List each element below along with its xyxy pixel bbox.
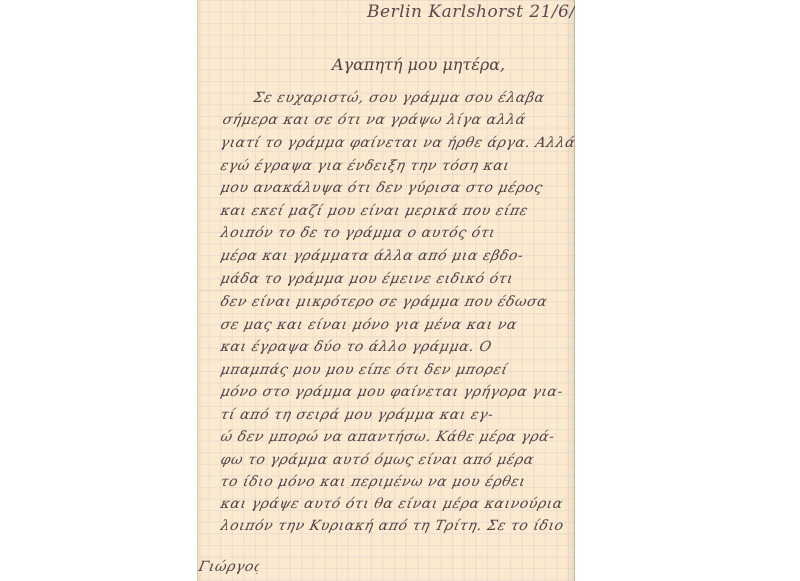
letter-line: λοιπόν την Κυριακή από τη Τρίτη. Σε το ί… bbox=[219, 518, 575, 534]
letter-signature: Γιώργος. bbox=[197, 559, 260, 575]
letter-line: τί από τη σειρά μου γράμμα και εγ- bbox=[219, 407, 575, 423]
letter-place-date: Berlin Karlshorst 21/6/925 bbox=[367, 2, 575, 22]
letter-line: ώ δεν μπορώ να απαντήσω. Κάθε μέρα γρά- bbox=[219, 429, 575, 445]
letter-line: φω το γράμμα αυτό όμως είναι από μέρα bbox=[219, 452, 575, 468]
letter-line: δεν είναι μικρότερο σε γράμμα που έδωσα bbox=[219, 294, 575, 310]
letter-line: εγώ έγραψα για ένδειξη την τόση και bbox=[219, 158, 575, 174]
letter-line: σε μας και είναι μόνο για μένα και να bbox=[219, 317, 575, 333]
letter-line: γιατί το γράμμα φαίνεται να ήρθε άργα. Α… bbox=[219, 135, 575, 151]
letter-line: μπαμπάς μου μου είπε ότι δεν μπορεί bbox=[219, 362, 575, 378]
letter-line: μάδα το γράμμα μου έμεινε ειδικό ότι bbox=[219, 271, 575, 287]
letter-line: λοιπόν το δε το γράμμα ο αυτός ότι bbox=[219, 225, 575, 241]
letter-page: Berlin Karlshorst 21/6/925 Αγαπητή μου μ… bbox=[197, 0, 575, 581]
letter-salutation: Αγαπητή μου μητέρα, bbox=[332, 55, 505, 74]
letter-line: και γράψε αυτό ότι θα είναι μέρα καινούρ… bbox=[219, 496, 575, 512]
letter-line: μου ανακάλυψα ότι δεν γύρισα στο μέρος bbox=[219, 180, 575, 196]
letter-line: το ίδιο μόνο και περιμένω να μου έρθει bbox=[219, 474, 575, 490]
paper-fold-crease bbox=[197, 290, 575, 292]
letter-line: μέρα και γράμματα άλλα από μια εβδο- bbox=[219, 248, 575, 264]
letter-line: μόνο στο γράμμα μου φαίνεται γρήγορα για… bbox=[219, 384, 575, 400]
letter-line: και έγραψα δύο το άλλο γράμμα. Ο bbox=[219, 339, 575, 355]
letter-line: Σε ευχαριστώ, σου γράμμα σου έλαβα bbox=[252, 90, 570, 106]
letter-line: σήμερα και σε ότι να γράψω λίγα αλλά bbox=[221, 112, 575, 128]
letter-line: και εκεί μαζί μου είναι μερικά που είπε bbox=[219, 203, 575, 219]
